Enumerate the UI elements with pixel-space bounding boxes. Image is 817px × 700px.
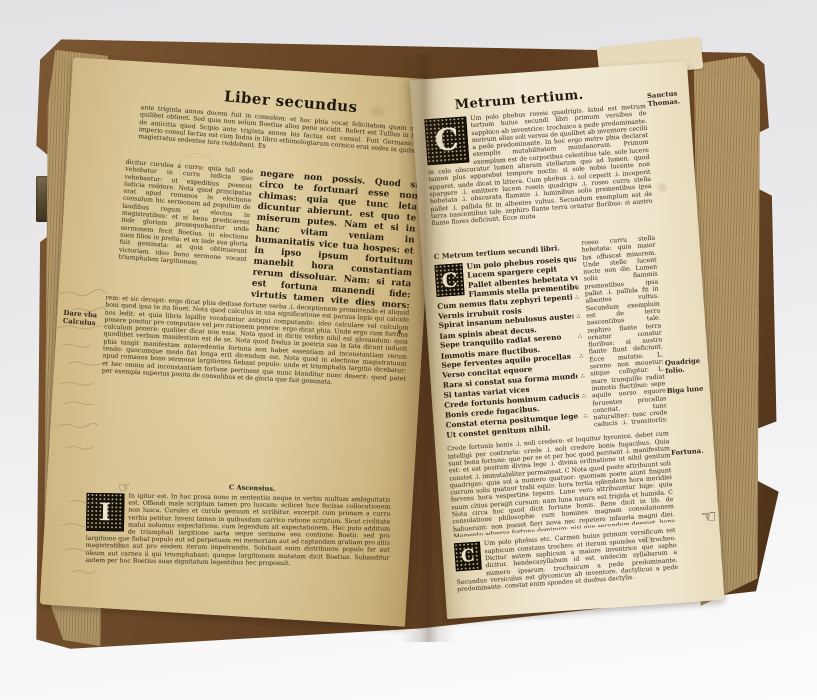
right-verse-and-commentary-row: C Metrum tertium secundi libri. C Um pol… [433, 235, 668, 440]
verse-column: C Metrum tertium secundi libri. C Um pol… [433, 240, 588, 440]
printed-manicule-icon: ☜ [700, 506, 717, 528]
handwritten-marginalia [52, 288, 144, 584]
right-opening-paragraph: CUm polo phebus roseis quadrigis. Istud … [424, 103, 654, 246]
woodcut-initial-C-small: C [454, 542, 482, 572]
right-side-commentary: roseo curru stella hebetata: quia maior … [581, 235, 668, 428]
printed-margin-note-biga-lune: Biga lune [667, 384, 709, 395]
right-lower-commentary: Crede fortunis bonis .i. noli credere: e… [447, 430, 675, 537]
verse-dots: ∴ [572, 293, 579, 303]
right-page: Metrum tertium. CUm polo phebus roseis q… [410, 61, 725, 619]
clasp-hardware [36, 176, 48, 222]
photo-scene: Liber secundus ante triginta annos decem… [0, 0, 817, 700]
printed-margin-note-fortuna: Fortuna. [671, 446, 713, 457]
printed-margin-note-quadrige: Quadrige folio. [665, 356, 708, 375]
woodcut-initial-C-verse: C [434, 263, 464, 297]
left-two-column-block: dicitur curulea a curru: quia tali sede … [116, 159, 419, 309]
verse-dots: ∴ [573, 312, 580, 322]
verse-dots: ∴ [575, 332, 582, 342]
ink-spot [398, 330, 401, 334]
woodcut-initial-C-large: C [424, 116, 469, 165]
right-bottom-paragraph: CUm polo phebus etc. Carmen huius primum… [454, 527, 680, 608]
drawn-manicule-icon: ☞ [117, 477, 133, 497]
verse-dots: ∴ [576, 352, 583, 362]
printed-margin-note-sanctus-thomas: Sanctus Thomas. [647, 89, 688, 108]
verse-dots: ∴ [580, 411, 587, 421]
right-page-surface: Metrum tertium. CUm polo phebus roseis q… [410, 61, 725, 619]
verse-dots: ∴ [579, 392, 586, 402]
right-bottom-text: Um polo phebus etc. Carmen huius primum … [456, 527, 678, 593]
verse-dots: ∴ [577, 372, 584, 382]
right-page-content: Metrum tertium. CUm polo phebus roseis q… [410, 61, 725, 619]
left-gloss-column: dicitur curulea a curru: quia tali sede … [116, 159, 253, 296]
left-main-text-column: negare non possis. Quod si circo te fort… [251, 169, 419, 309]
